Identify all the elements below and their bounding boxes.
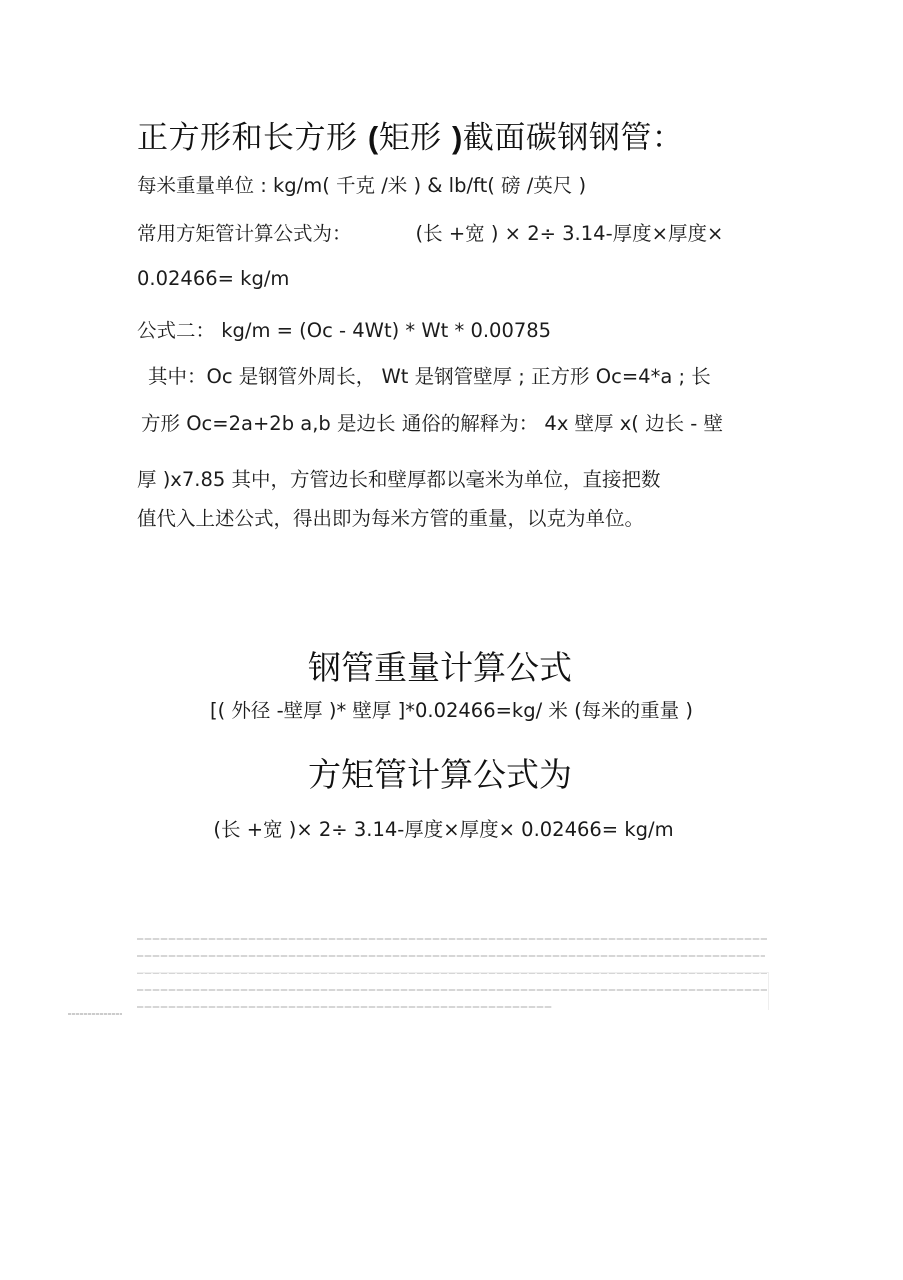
explanation-line-3: 厚 )x7.85 其中，方管边长和壁厚都以毫米为单位，直接把数: [137, 464, 660, 492]
document-title: 正方形和长方形 (矩形 )截面碳钢钢管：: [137, 112, 683, 157]
common-formula-result: 0.02466= kg/m: [137, 267, 289, 290]
title-paren-open: (: [368, 120, 379, 155]
micro-block-border: [768, 972, 769, 1010]
title-text-pre: 正方形和长方形: [137, 120, 368, 156]
title-text-mid: 矩形: [379, 120, 452, 156]
explanation-line-4: 值代入上述公式，得出即为每米方管的重量，以克为单位。: [137, 503, 644, 531]
section-heading-square-tube: 方矩管计算公式为: [0, 749, 880, 796]
steel-pipe-weight-formula: [( 外径 -壁厚 )* 壁厚 ]*0.02466=kg/ 米 (每米的重量 ): [0, 695, 903, 723]
common-formula-label: 常用方矩管计算公式为：: [137, 222, 352, 245]
unit-paragraph: 每米重量单位 : kg/m( 千克 /米 ) & lb/ft( 磅 /英尺 ): [137, 170, 586, 198]
common-formula-expression: (长 +宽 ) × 2÷ 3.14-厚度×厚度×: [416, 222, 724, 245]
formula-two-paragraph: 公式二： kg/m = (Oc - 4Wt) * Wt * 0.00785: [137, 315, 551, 343]
explanation-line-1: 其中：Oc 是钢管外周长， Wt 是钢管壁厚 ; 正方形 Oc=4*a ; 长: [148, 361, 711, 389]
title-paren-close: ): [452, 120, 463, 155]
stray-micro-text: [68, 1013, 122, 1015]
common-formula-paragraph: 常用方矩管计算公式为：(长 +宽 ) × 2÷ 3.14-厚度×厚度×: [137, 218, 723, 246]
micro-block-divider: [137, 972, 769, 973]
explanation-line-2: 方形 Oc=2a+2b a,b 是边长 通俗的解释为： 4x 壁厚 x( 边长 …: [141, 408, 723, 436]
square-tube-formula: (长 +宽 )× 2÷ 3.14-厚度×厚度× 0.02466= kg/m: [0, 814, 895, 842]
section-heading-steel-pipe-weight: 钢管重量计算公式: [0, 642, 880, 689]
title-text-post: 截面碳钢钢管：: [463, 120, 684, 156]
illegible-micro-text-block: [137, 938, 767, 1023]
